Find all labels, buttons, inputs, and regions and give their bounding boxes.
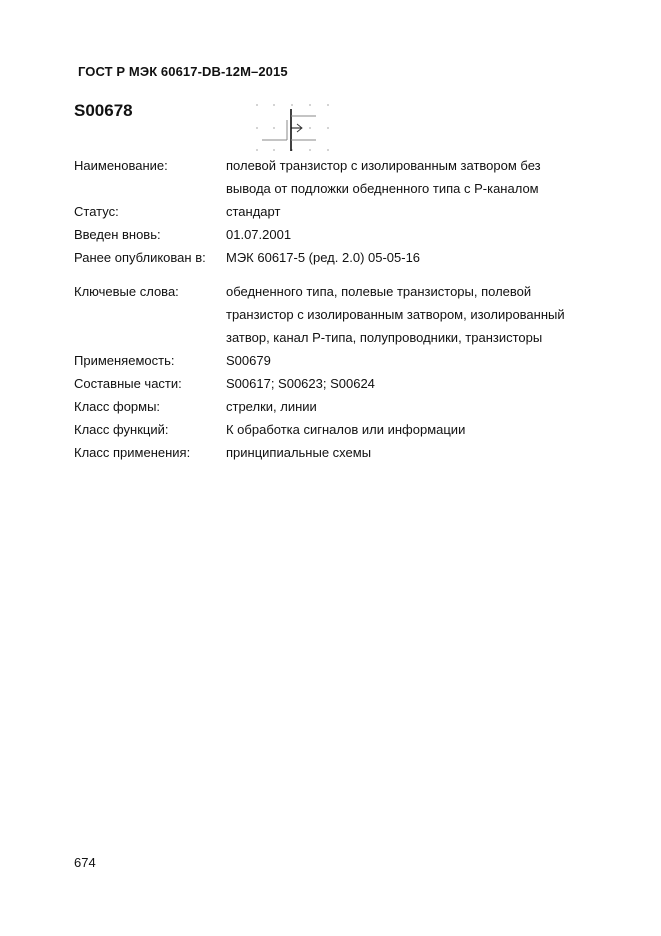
attr-row-keywords: Ключевые слова: обедненного типа, полевы… — [74, 280, 594, 349]
attr-value-line: принципиальные схемы — [226, 441, 594, 464]
attr-row-function-class: Класс функций: К обработка сигналов или … — [74, 418, 594, 441]
attr-label: Ранее опубликован в: — [74, 246, 226, 269]
attr-label: Применяемость: — [74, 349, 226, 372]
attr-value-line: 01.07.2001 — [226, 223, 594, 246]
attr-row-applicability: Применяемость: S00679 — [74, 349, 594, 372]
attr-value-line: затвор, канал Р-типа, полупроводники, тр… — [226, 326, 594, 349]
attr-value: обедненного типа, полевые транзисторы, п… — [226, 280, 594, 349]
attribute-table: Наименование: полевой транзистор с изоли… — [74, 154, 594, 464]
attr-label: Составные части: — [74, 372, 226, 395]
attr-value: К обработка сигналов или информации — [226, 418, 594, 441]
attr-row-name: Наименование: полевой транзистор с изоли… — [74, 154, 594, 200]
attr-value: полевой транзистор с изолированным затво… — [226, 154, 594, 200]
attr-label: Ключевые слова: — [74, 280, 226, 303]
attr-label: Наименование: — [74, 154, 226, 177]
attr-row-shape-class: Класс формы: стрелки, линии — [74, 395, 594, 418]
attr-row-application-class: Класс применения: принципиальные схемы — [74, 441, 594, 464]
attr-label: Класс формы: — [74, 395, 226, 418]
attr-value-line: S00617; S00623; S00624 — [226, 372, 594, 395]
attr-value-line: обедненного типа, полевые транзисторы, п… — [226, 280, 594, 303]
page-number: 674 — [74, 855, 96, 870]
standard-title: ГОСТ Р МЭК 60617-DB-12M–2015 — [78, 64, 288, 79]
attr-value: стрелки, линии — [226, 395, 594, 418]
transistor-symbol-icon — [252, 100, 334, 154]
attr-value: стандарт — [226, 200, 594, 223]
attr-label: Введен вновь: — [74, 223, 226, 246]
attr-value-line: транзистор с изолированным затвором, изо… — [226, 303, 594, 326]
attr-value: принципиальные схемы — [226, 441, 594, 464]
attr-label: Класс функций: — [74, 418, 226, 441]
attr-value-line: стрелки, линии — [226, 395, 594, 418]
attr-value: S00679 — [226, 349, 594, 372]
attr-value-line: МЭК 60617-5 (ред. 2.0) 05-05-16 — [226, 246, 594, 269]
attr-value: S00617; S00623; S00624 — [226, 372, 594, 395]
attr-row-introduced: Введен вновь: 01.07.2001 — [74, 223, 594, 246]
attr-value-line: вывода от подложки обедненного типа с Р-… — [226, 177, 594, 200]
attr-row-previously-published: Ранее опубликован в: МЭК 60617-5 (ред. 2… — [74, 246, 594, 269]
attr-label: Класс применения: — [74, 441, 226, 464]
attr-row-components: Составные части: S00617; S00623; S00624 — [74, 372, 594, 395]
attr-value: МЭК 60617-5 (ред. 2.0) 05-05-16 — [226, 246, 594, 269]
attr-label: Статус: — [74, 200, 226, 223]
attr-value: 01.07.2001 — [226, 223, 594, 246]
attr-value-line: полевой транзистор с изолированным затво… — [226, 154, 594, 177]
symbol-id: S00678 — [74, 101, 133, 121]
attr-row-status: Статус: стандарт — [74, 200, 594, 223]
attr-value-line: К обработка сигналов или информации — [226, 418, 594, 441]
attr-value-line: S00679 — [226, 349, 594, 372]
attr-value-line: стандарт — [226, 200, 594, 223]
